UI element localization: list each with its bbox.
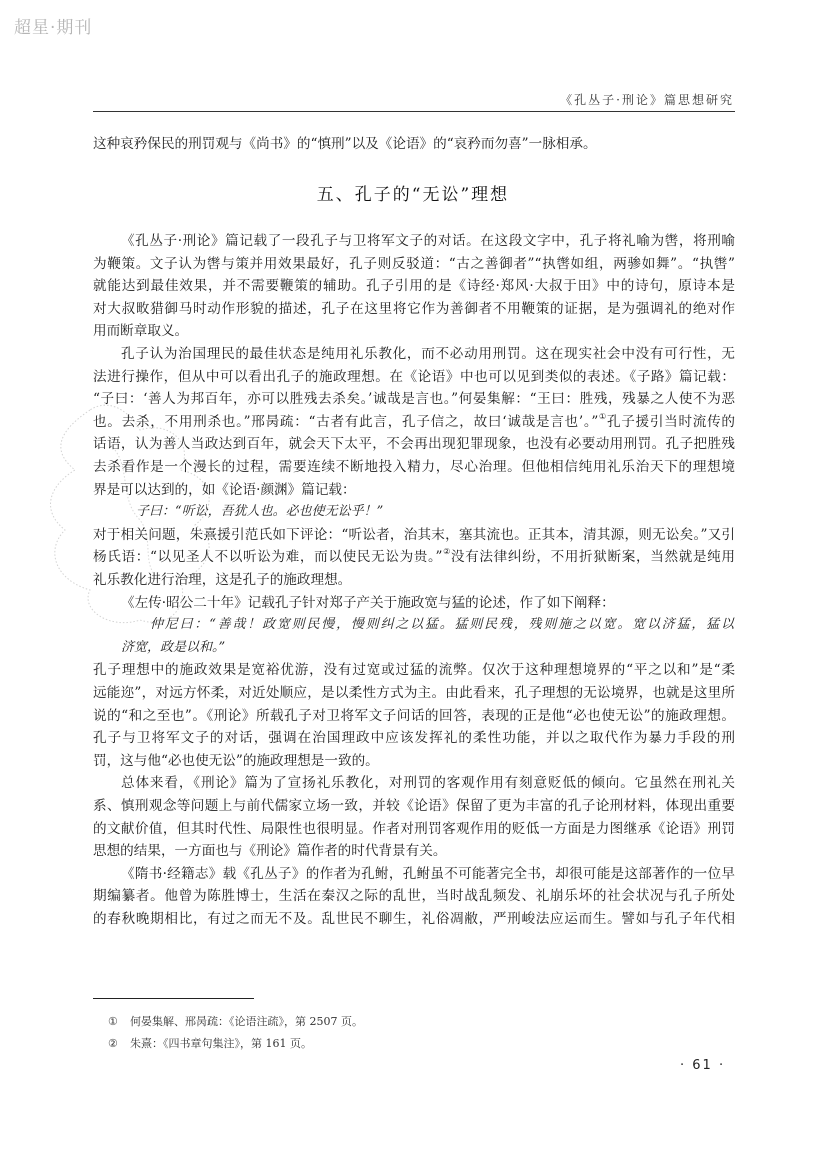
body-text-line: 杨氏语：“以见圣人不以听讼为难，而以使民无讼为贵。”②没有法律纠纷，不用折狱断案… [93,547,735,567]
footnote-2: ②朱熹：《四书章句集注》，第 161 页。 [108,1035,312,1051]
footnote-1: ①何晏集解、邢昺疏：《论语注疏》，第 2507 页。 [108,1013,363,1029]
body-text-line: 孔子与卫将军文子的对话，强调在治国理政中应该发挥礼的柔性功能，并以之取代作为暴力… [93,728,735,748]
body-text-line: 对大叔畋猎御马时动作形貌的描述，孔子在这里将它作为善御者不用鞭策的证据，是为强调… [93,299,735,319]
footnote-text: 朱熹：《四书章句集注》，第 161 页。 [130,1037,312,1050]
body-text-line: 的春秋晚期相比，有过之而无不及。乱世民不聊生，礼俗凋敝，严刑峻法应运而生。譬如与… [93,909,735,929]
body-text-line: 罚，这与他“必也使无讼”的施政理想是一致的。 [93,751,735,771]
block-quote-line: 子曰：“听讼，吾犹人也。必也使无讼乎！” [136,502,736,522]
brand-logo: 超星·期刊 [14,13,92,38]
body-text-line: 期编纂者。他曾为陈胜博士，生活在秦汉之际的乱世，当时战乱频发、礼崩乐坏的社会状况… [93,886,735,906]
body-text-line: 总体来看，《刑论》篇为了宣扬礼乐教化，对刑罚的客观作用有刻意贬低的倾向。它虽然在… [121,773,735,793]
body-text-line: 系、慎刑观念等问题上与前代儒家立场一致，并较《论语》保留了更为丰富的孔子论刑材料… [93,796,735,816]
body-text-line: 为鞭策。文子认为辔与策并用效果最好，孔子则反驳道：“古之善御者”“执辔如组，两骖… [93,254,735,274]
footnote-reference[interactable]: ① [598,412,607,421]
body-text-line: 《隋书·经籍志》载《孔丛子》的作者为孔鲋，孔鲋虽不可能著完全书，却很可能是这部著… [121,864,735,884]
body-text-line: 远能迩”，对远方怀柔，对近处顺应，是以柔性方式为主。由此看来，孔子理想的无讼境界… [93,683,735,703]
body-text-line: 孔子理想中的施政效果是宽裕优游，没有过宽或过猛的流弊。仅次于这种理想境界的“平之… [93,660,735,680]
body-text-line: “子曰：‘善人为邦百年，亦可以胜残去杀矣。’诚哉是言也。”何晏集解：“王曰：胜残… [93,389,735,409]
body-text-line: 用而断章取义。 [93,321,735,341]
body-text-line: 话语，认为善人当政达到百年，就会天下太平，不会再出现犯罪现象，也没有必要动用刑罚… [93,434,735,454]
body-text-line: 界是可以达到的，如《论语·颜渊》篇记载： [93,480,735,500]
body-text-line: 孔子认为治国理民的最佳状态是纯用礼乐教化，而不必动用刑罚。这在现实社会中没有可行… [121,344,735,364]
running-head: 《孔丛子·刑论》篇思想研究 [560,91,734,108]
header-rule [93,111,735,112]
body-text-line: 思想的结果，一方面也与《刑论》篇作者的时代背景有关。 [93,841,735,861]
page-number: · 61 · [680,1058,725,1073]
body-text-line: 《左传·昭公二十年》记载孔子针对郑子产关于施政宽与猛的论述，作了如下阐释： [121,593,735,613]
body-text-line: 礼乐教化进行治理，这是孔子的施政理想。 [93,570,735,590]
body-text-line: 对于相关问题，朱熹援引范氏如下评论：“听讼者，治其末，塞其流也。正其本，清其源，… [93,525,735,545]
body-text-line: 法进行操作，但从中可以看出孔子的施政理想。在《论语》中也可以见到类似的表述。《子… [93,367,735,387]
footnote-number: ② [108,1037,130,1050]
body-text-line: 的文献价值，但其时代性、局限性也很明显。作者对刑罚客观作用的贬低一方面是力图继承… [93,819,735,839]
block-quote-line: 济宽，政是以和。” [121,638,721,658]
footnote-text: 何晏集解、邢昺疏：《论语注疏》，第 2507 页。 [130,1015,363,1028]
footnote-number: ① [108,1015,130,1028]
body-text-line: 也。去杀，不用刑杀也。”邢昺疏：“古者有此言，孔子信之，故曰‘诚哉是言也’。”①… [93,412,735,432]
footnote-rule [93,998,254,999]
body-text-line: 《孔丛子·刑论》篇记载了一段孔子与卫将军文子的对话。在这段文字中，孔子将礼喻为辔… [121,231,735,251]
body-text-line: 这种哀矜保民的刑罚观与《尚书》的“慎刑”以及《论语》的“哀矜而勿喜”一脉相承。 [93,134,735,154]
body-text-line: 就能达到最佳效果，并不需要鞭策的辅助。孔子引用的是《诗经·郑风·大叔于田》中的诗… [93,276,735,296]
section-title: 五、孔子的“无讼”理想 [0,180,826,205]
footnote-reference[interactable]: ② [442,547,450,556]
body-text-line: 说的“和之至也”。《刑论》所载孔子对卫将军文子问话的回答，表现的正是他“必也使无… [93,706,735,726]
body-text-line: 去杀看作是一个漫长的过程，需要连续不断地投入精力，尽心治理。但他相信纯用礼乐治天… [93,457,735,477]
block-quote-line: 仲尼曰：“善哉！政宽则民慢，慢则纠之以猛。猛则民残，残则施之以宽。宽以济猛，猛以 [150,615,734,635]
